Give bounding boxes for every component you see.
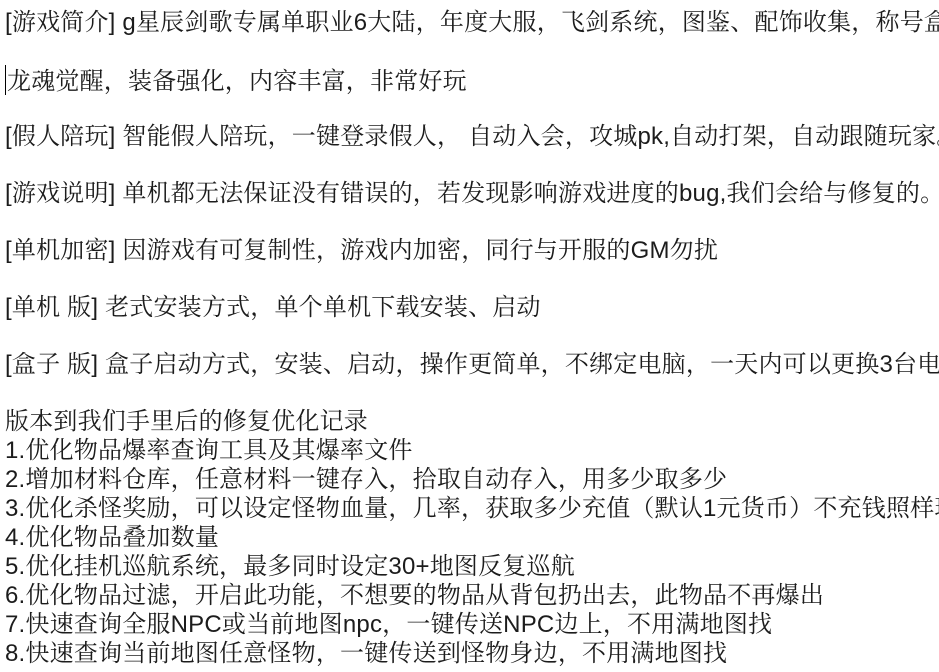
paragraph-box-edition: [盒子 版] 盒子启动方式，安装、启动，操作更简单，不绑定电脑，一天内可以更换3…	[5, 350, 935, 407]
changelog-item-3: 3.优化杀怪奖励，可以设定怪物血量，几率，获取多少充值（默认1元货币）不充钱照样…	[5, 494, 935, 523]
changelog-heading: 版本到我们手里后的修复优化记录	[5, 407, 935, 436]
paragraph-bot-companion: [假人陪玩] 智能假人陪玩，一键登录假人， 自动入会，攻城pk,自动打架，自动跟…	[5, 122, 935, 179]
changelog-item-8: 8.快速查询当前地图任意怪物，一键传送到怪物身边，不用满地图找	[5, 639, 935, 668]
paragraph-encryption: [单机加密] 因游戏有可复制性，游戏内加密，同行与开服的GM勿扰	[5, 236, 935, 293]
text-editor-content[interactable]: [游戏简介] g星辰剑歌专属单职业6大陆，年度大服，飞剑系统，图鉴、配饰收集，称…	[0, 0, 939, 672]
changelog-item-7: 7.快速查询全服NPC或当前地图npc，一键传送NPC边上，不用满地图找	[5, 610, 935, 639]
changelog-item-4: 4.优化物品叠加数量	[5, 523, 935, 552]
changelog-item-1: 1.优化物品爆率查询工具及其爆率文件	[5, 436, 935, 465]
changelog-item-6: 6.优化物品过滤，开启此功能，不想要的物品从背包扔出去，此物品不再爆出	[5, 581, 935, 610]
paragraph-game-intro: [游戏简介] g星辰剑歌专属单职业6大陆，年度大服，飞剑系统，图鉴、配饰收集，称…	[5, 8, 935, 65]
changelog-item-5: 5.优化挂机巡航系统，最多同时设定30+地图反复巡航	[5, 552, 935, 581]
paragraph-text: 龙魂觉醒，装备强化，内容丰富，非常好玩	[7, 68, 467, 95]
paragraph-standalone-edition: [单机 版] 老式安装方式，单个单机下载安装、启动	[5, 293, 935, 350]
paragraph-game-note: [游戏说明] 单机都无法保证没有错误的，若发现影响游戏进度的bug,我们会给与修…	[5, 179, 935, 236]
changelog-item-2: 2.增加材料仓库，任意材料一键存入，拾取自动存入，用多少取多少	[5, 465, 935, 494]
text-caret	[5, 65, 6, 95]
paragraph-game-intro-continued: 龙魂觉醒，装备强化，内容丰富，非常好玩	[5, 65, 935, 122]
